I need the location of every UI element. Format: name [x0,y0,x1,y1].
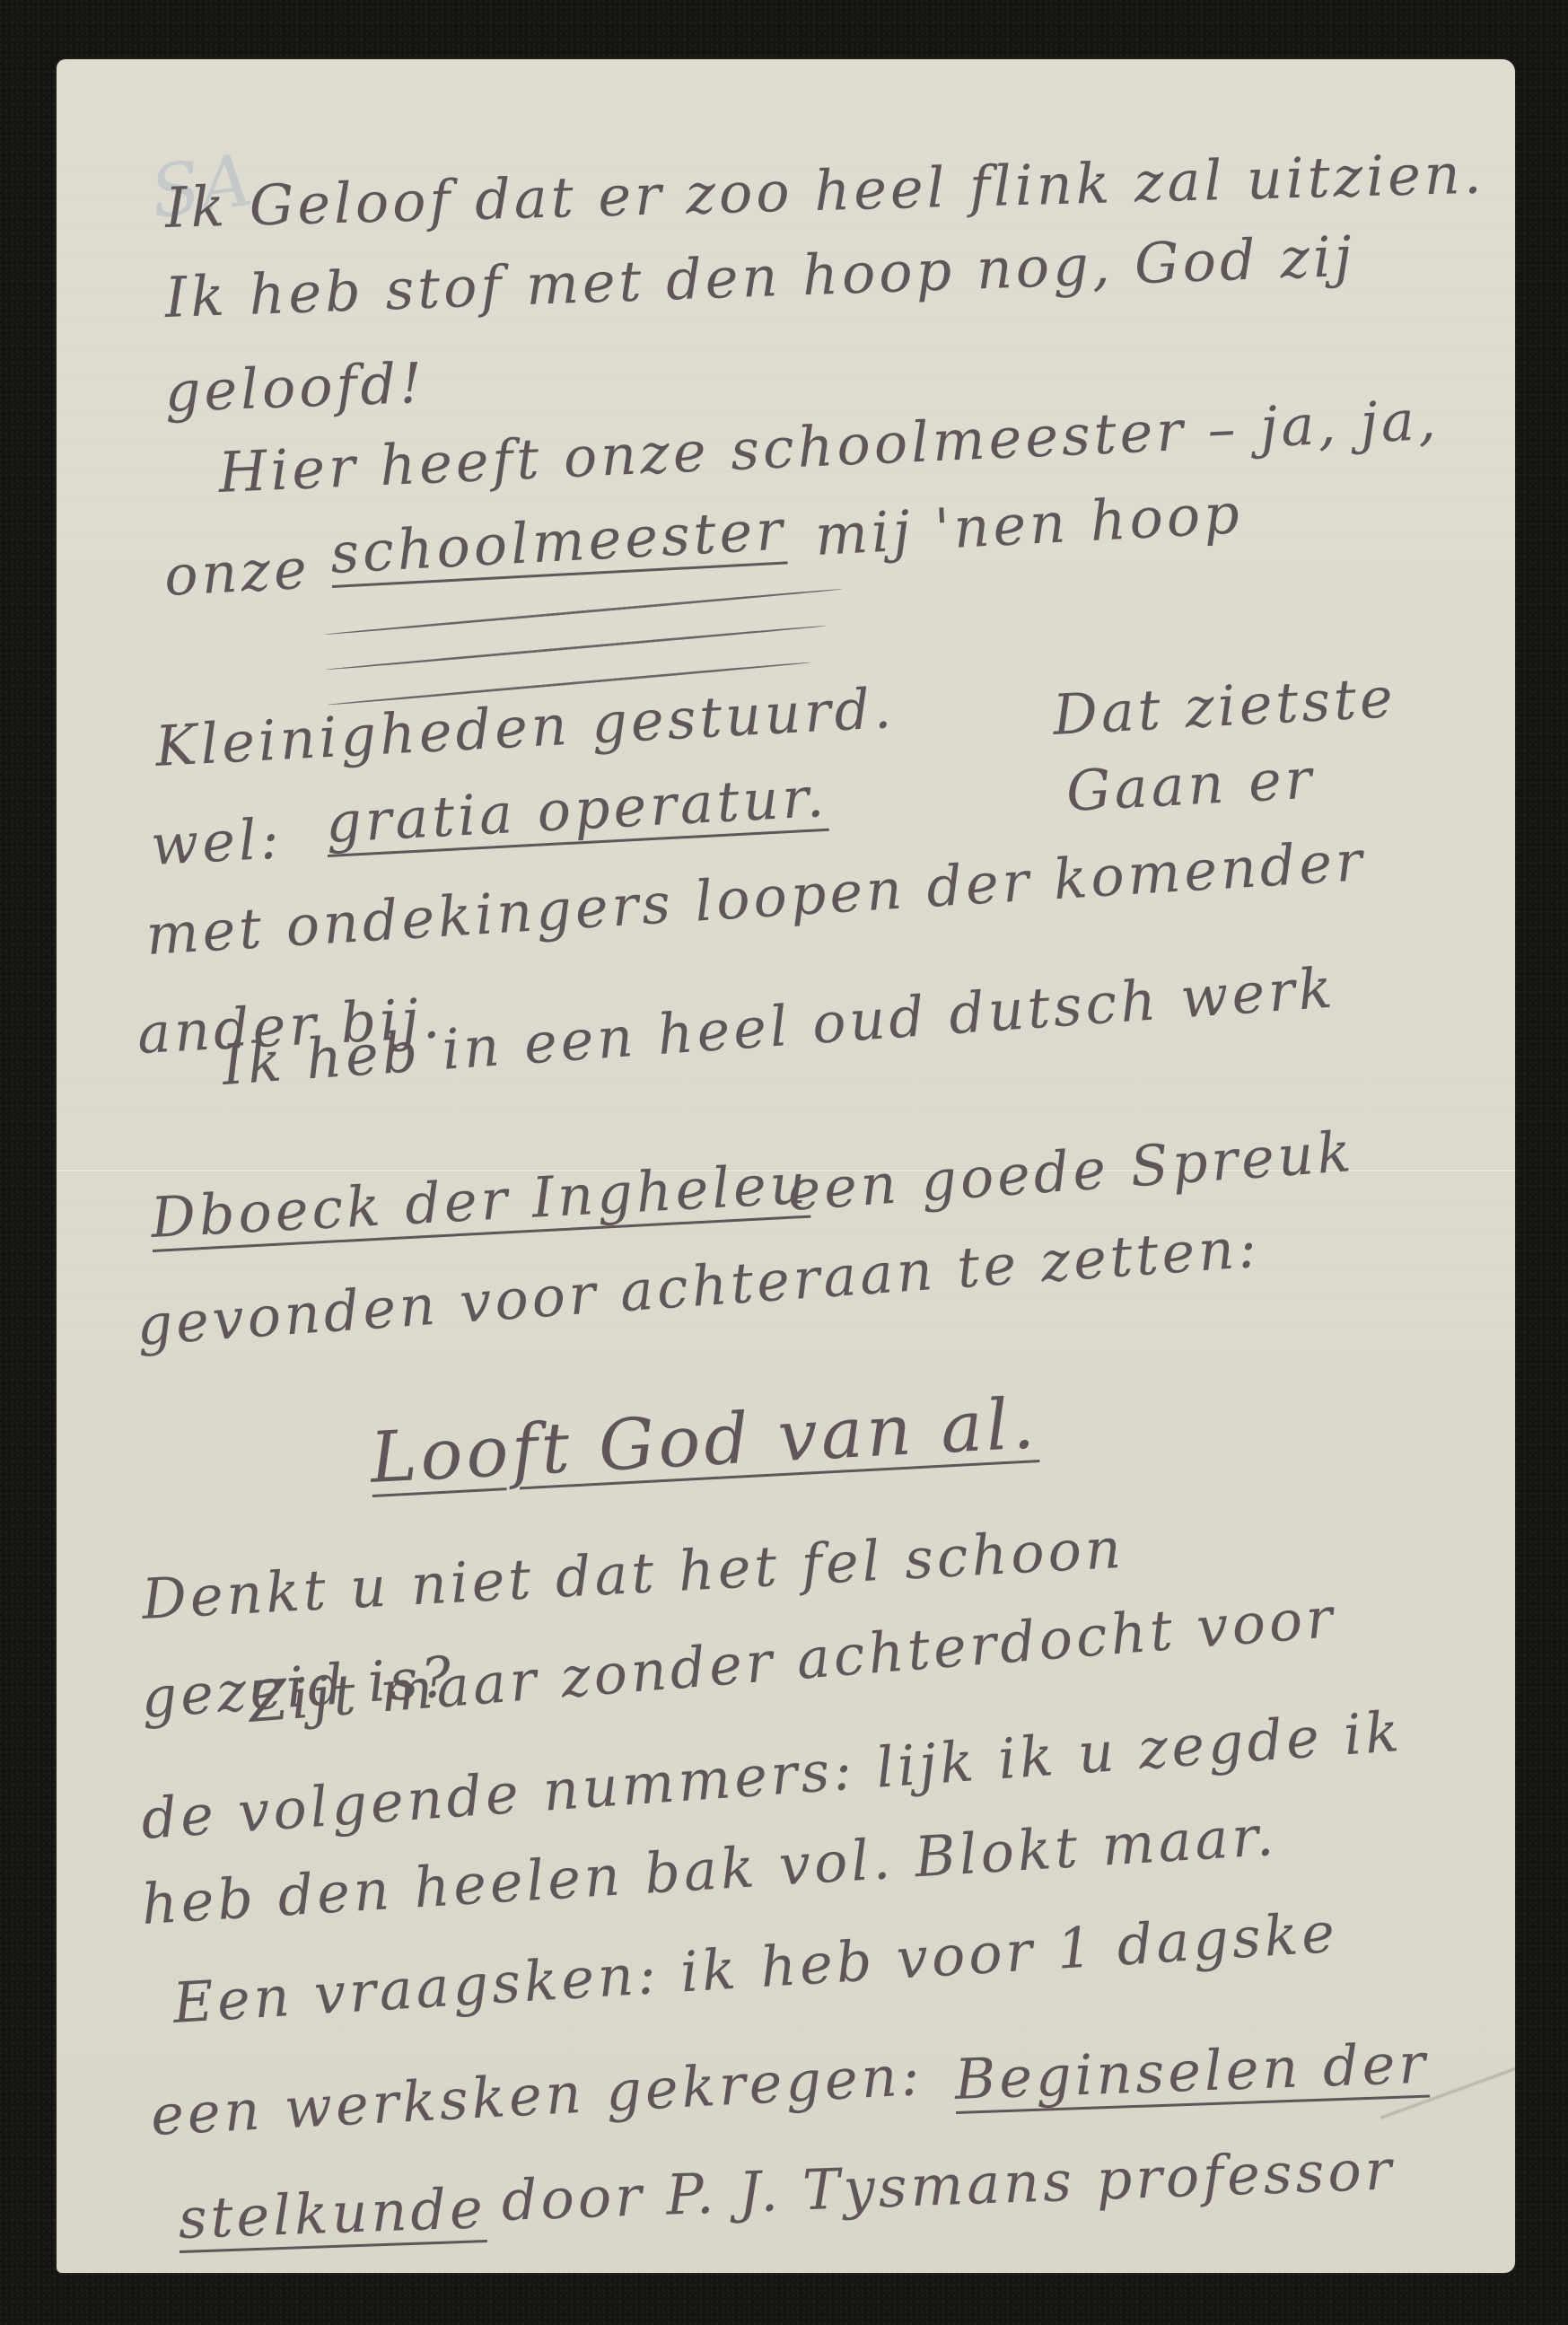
handwritten-line: onze [162,536,311,609]
handwritten-line: geloofd! [163,350,426,425]
handwritten-line: wel: [149,805,284,878]
handwritten-line: stelkunde [177,2175,486,2251]
handwritten-line: Gaan er [1064,746,1317,824]
